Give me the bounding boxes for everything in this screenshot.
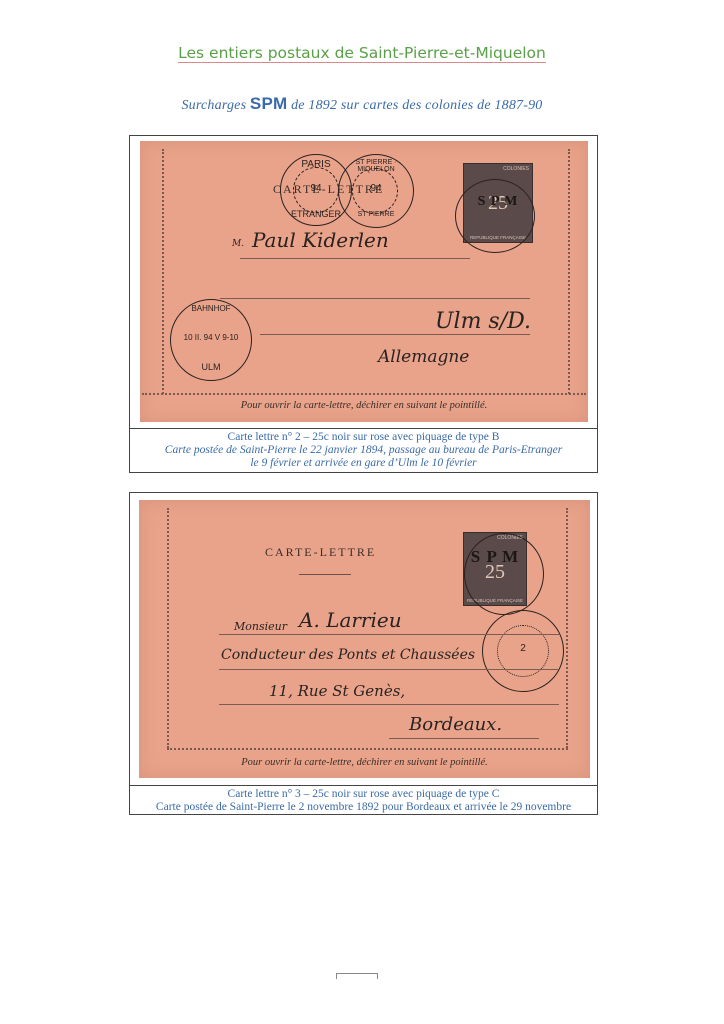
subtitle-suffix: de 1892 sur cartes des colonies de 1887-… (287, 98, 542, 113)
address-rule (389, 738, 539, 739)
postmark-stamp-cancel (464, 533, 544, 615)
page-subtitle: Surcharges SPM de 1892 sur cartes des co… (0, 94, 724, 114)
postmark-bottom-text: ULM (171, 362, 251, 372)
caption-detail: le 9 février et arrivée en gare d’Ulm le… (130, 457, 597, 470)
address-rule (219, 704, 559, 705)
address-rule (219, 669, 559, 670)
postmark-date: 10 II. 94 V 9-10 (171, 333, 251, 342)
caption-divider (130, 785, 597, 786)
caption-title: Carte lettre n° 2 – 25c noir sur rose av… (130, 431, 597, 444)
address-name: Paul Kiderlen (252, 228, 389, 252)
postmark-stamp-cancel (455, 179, 535, 253)
card-footer-note: Pour ouvrir la carte-lettre, déchirer en… (139, 757, 590, 768)
postal-card-image-2: CARTE-LETTRE COLONIES 25 S P M REPUBLIQU… (139, 500, 590, 778)
caption-divider (130, 428, 597, 429)
subtitle-prefix: Surcharges (181, 98, 249, 113)
page-title-text: Les entiers postaux de Saint-Pierre-et-M… (178, 44, 546, 63)
exhibit-frame-1: CARTE-LETTRE PARIS 94 ETRANGER ST PIERRE… (129, 135, 598, 473)
postmark-st-pierre: ST PIERRE · MIQUELON 94 ST PIERRE (338, 154, 414, 228)
perforation-left (162, 149, 164, 394)
postmark-st-pierre-miquelon: 2 (482, 610, 564, 692)
caption-2: Carte lettre n° 3 – 25c noir sur rose av… (130, 788, 597, 814)
postal-card-image-1: CARTE-LETTRE PARIS 94 ETRANGER ST PIERRE… (140, 141, 588, 422)
postmark-ulm: BAHNHOF 10 II. 94 V 9-10 ULM (170, 299, 252, 381)
address-city: Ulm s/D. (435, 309, 531, 334)
perforation-bottom (142, 393, 586, 395)
perforation-right (568, 149, 570, 394)
perforation-left (167, 508, 169, 748)
postmark-top-text: ST PIERRE · MIQUELON (339, 159, 413, 173)
postmark-year: 94 (339, 183, 413, 194)
address-country: Allemagne (378, 347, 469, 367)
postmark-top-text: BAHNHOF (171, 304, 251, 313)
address-prefix: M. (232, 239, 244, 249)
address-street: 11, Rue St Genès, (269, 682, 405, 700)
card-heading: CARTE-LETTRE (265, 545, 376, 560)
address-prefix: Monsieur (234, 620, 287, 633)
caption-1: Carte lettre n° 2 – 25c noir sur rose av… (130, 431, 597, 470)
address-name: A. Larrieu (299, 608, 402, 632)
page-corner-mark (336, 973, 378, 980)
subtitle-highlight: SPM (250, 94, 287, 113)
exhibit-frame-2: CARTE-LETTRE COLONIES 25 S P M REPUBLIQU… (129, 492, 598, 815)
address-rule (220, 298, 530, 299)
perforation-right (566, 508, 568, 748)
stamp-top-label: COLONIES (503, 166, 529, 172)
caption-detail: Carte postée de Saint-Pierre le 2 novemb… (130, 801, 597, 814)
heading-ornament (299, 574, 351, 575)
caption-title: Carte lettre n° 3 – 25c noir sur rose av… (130, 788, 597, 801)
perforation-bottom (167, 748, 568, 750)
caption-detail: Carte postée de Saint-Pierre le 22 janvi… (130, 444, 597, 457)
card-footer-note: Pour ouvrir la carte-lettre, déchirer en… (140, 400, 588, 411)
address-rule (219, 634, 559, 635)
address-rule (260, 334, 530, 335)
address-rule (240, 258, 470, 259)
address-city: Bordeaux. (409, 714, 502, 735)
address-line2: Conducteur des Ponts et Chaussées (221, 647, 475, 663)
postmark-date: 2 (483, 643, 563, 654)
postmark-bottom-text: ST PIERRE (339, 211, 413, 218)
page-title: Les entiers postaux de Saint-Pierre-et-M… (0, 44, 724, 62)
